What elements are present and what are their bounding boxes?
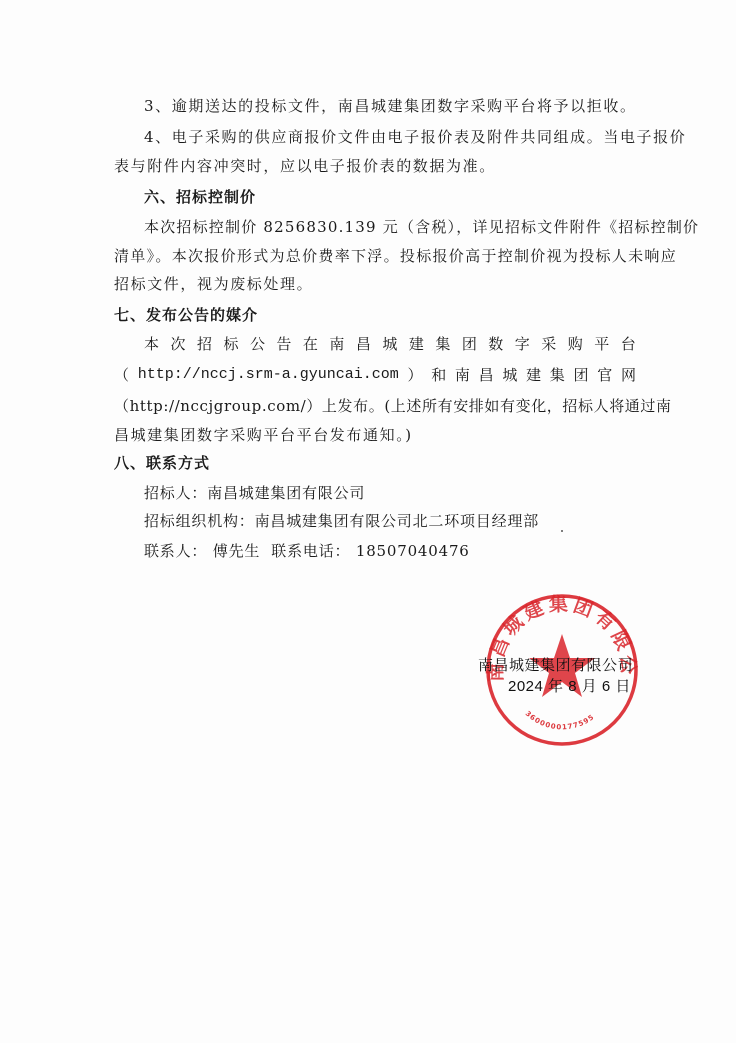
section-7-line-4: 昌城建集团数字采购平台平台发布通知。) — [114, 425, 636, 445]
char: 建 — [526, 365, 541, 385]
paragraph-item-3: 3、逾期送达的投标文件，南昌城建集团数字采购平台将予以拒收。 — [144, 96, 636, 116]
char: 昌 — [479, 365, 494, 385]
section-7-line-3: （http://nccjgroup.com/）上发布。(上述所有安排如有变化，招… — [114, 396, 636, 416]
paren-open: （ — [114, 365, 129, 385]
char: 在 — [303, 334, 318, 354]
signature-date: 2024 年 8 月 6 日 — [508, 675, 631, 696]
char: 团 — [574, 365, 589, 385]
paragraph-item-4-line-2: 表与附件内容冲突时，应以电子报价表的数据为准。 — [114, 156, 636, 176]
section-7-line-1: 本 次 招 标 公 告 在 南 昌 城 建 集 团 数 字 采 购 平 台 — [144, 334, 636, 354]
char: 公 — [250, 334, 265, 354]
contact-tenderer: 招标人：南昌城建集团有限公司 — [144, 483, 636, 503]
section-7-heading: 七、发布公告的媒介 — [114, 305, 636, 325]
char: 标 — [223, 334, 238, 354]
char: 建 — [409, 334, 424, 354]
char: 数 — [488, 334, 503, 354]
scan-speck — [561, 530, 563, 532]
signature-company: 南昌城建集团有限公司 — [478, 654, 633, 675]
document-page: 3、逾期送达的投标文件，南昌城建集团数字采购平台将予以拒收。 4、电子采购的供应… — [0, 0, 736, 1043]
char: 集 — [550, 365, 565, 385]
char: 采 — [541, 334, 556, 354]
char: 台 — [621, 334, 636, 354]
char: 团 — [462, 334, 477, 354]
char: 购 — [568, 334, 583, 354]
contact-person-phone: 联系人： 傅先生 联系电话： 18507040476 — [144, 541, 636, 561]
char: 官 — [597, 365, 612, 385]
svg-text:3600000177595: 3600000177595 — [524, 710, 596, 732]
section-6-heading: 六、招标控制价 — [144, 187, 636, 207]
char: 网 — [621, 365, 636, 385]
char: 昌 — [356, 334, 371, 354]
char: 城 — [382, 334, 397, 354]
char: 次 — [170, 334, 185, 354]
char: 集 — [435, 334, 450, 354]
char: 招 — [197, 334, 212, 354]
contact-organizer: 招标组织机构：南昌城建集团有限公司北二环项目经理部 — [144, 511, 636, 531]
section-6-line-1: 本次招标控制价 8256830.139 元（含税），详见招标文件附件《招标控制价 — [144, 217, 636, 237]
paren-close: ） — [407, 365, 422, 385]
char: 本 — [144, 334, 159, 354]
section-8-heading: 八、联系方式 — [114, 453, 636, 473]
section-7-line-2: （ http://nccj.srm-a.gyuncai.com ） 和 南 昌 … — [114, 365, 636, 385]
platform-url-link[interactable]: http://nccj.srm-a.gyuncai.com — [138, 365, 399, 385]
section-6-line-3: 招标文件，视为废标处理。 — [114, 274, 636, 294]
char: 字 — [515, 334, 530, 354]
char: 和 — [431, 365, 446, 385]
char: 南 — [329, 334, 344, 354]
char: 南 — [455, 365, 470, 385]
char: 城 — [502, 365, 517, 385]
char: 告 — [276, 334, 291, 354]
paragraph-item-4-line-1: 4、电子采购的供应商报价文件由电子报价表及附件共同组成。当电子报价 — [144, 127, 636, 147]
char: 平 — [594, 334, 609, 354]
section-6-line-2: 清单》。本次报价形式为总价费率下浮。投标报价高于控制价视为投标人未响应 — [114, 246, 636, 266]
